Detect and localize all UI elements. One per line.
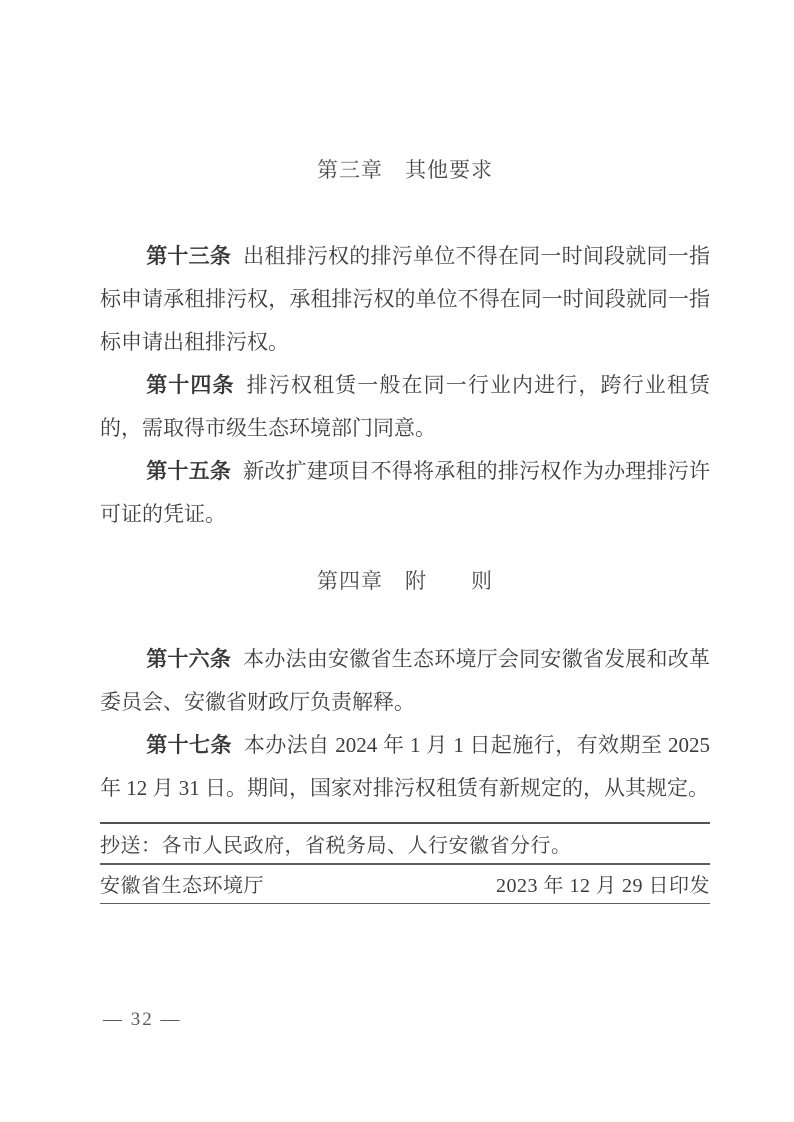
issuer-row: 安徽省生态环境厅 2023 年 12 月 29 日印发	[100, 865, 710, 903]
article-13-number: 第十三条	[146, 244, 231, 268]
chapter-three-heading: 第三章 其他要求	[100, 155, 710, 187]
issuing-agency: 安徽省生态环境厅	[100, 869, 264, 898]
article-15: 第十五条新改扩建项目不得将承租的排污权作为办理排污许可证的凭证。	[100, 450, 710, 536]
cc-row: 抄送：各市人民政府，省税务局、人行安徽省分行。	[100, 824, 710, 863]
footer-rule-bottom	[100, 903, 710, 905]
chapter-four-heading: 第四章 附 则	[100, 566, 710, 598]
document-page: 第三章 其他要求 第十三条出租排污权的排污单位不得在同一时间段就同一指标申请承租…	[0, 0, 794, 1122]
article-14: 第十四条排污权租赁一般在同一行业内进行，跨行业租赁的，需取得市级生态环境部门同意…	[100, 364, 710, 450]
document-content: 第三章 其他要求 第十三条出租排污权的排污单位不得在同一时间段就同一指标申请承租…	[0, 0, 794, 1031]
cc-line: 抄送：各市人民政府，省税务局、人行安徽省分行。	[100, 829, 572, 858]
article-14-number: 第十四条	[146, 373, 234, 397]
article-17: 第十七条本办法自 2024 年 1 月 1 日起施行，有效期至 2025 年 1…	[100, 724, 710, 810]
print-date: 2023 年 12 月 29 日印发	[496, 869, 710, 898]
article-17-number: 第十七条	[146, 733, 232, 757]
article-13: 第十三条出租排污权的排污单位不得在同一时间段就同一指标申请承租排污权，承租排污权…	[100, 235, 710, 364]
article-16-number: 第十六条	[146, 647, 231, 671]
page-number: — 32 —	[103, 1009, 710, 1031]
article-15-number: 第十五条	[146, 459, 231, 483]
document-footer: 抄送：各市人民政府，省税务局、人行安徽省分行。 安徽省生态环境厅 2023 年 …	[100, 822, 710, 904]
article-16: 第十六条本办法由安徽省生态环境厅会同安徽省发展和改革委员会、安徽省财政厅负责解释…	[100, 638, 710, 724]
